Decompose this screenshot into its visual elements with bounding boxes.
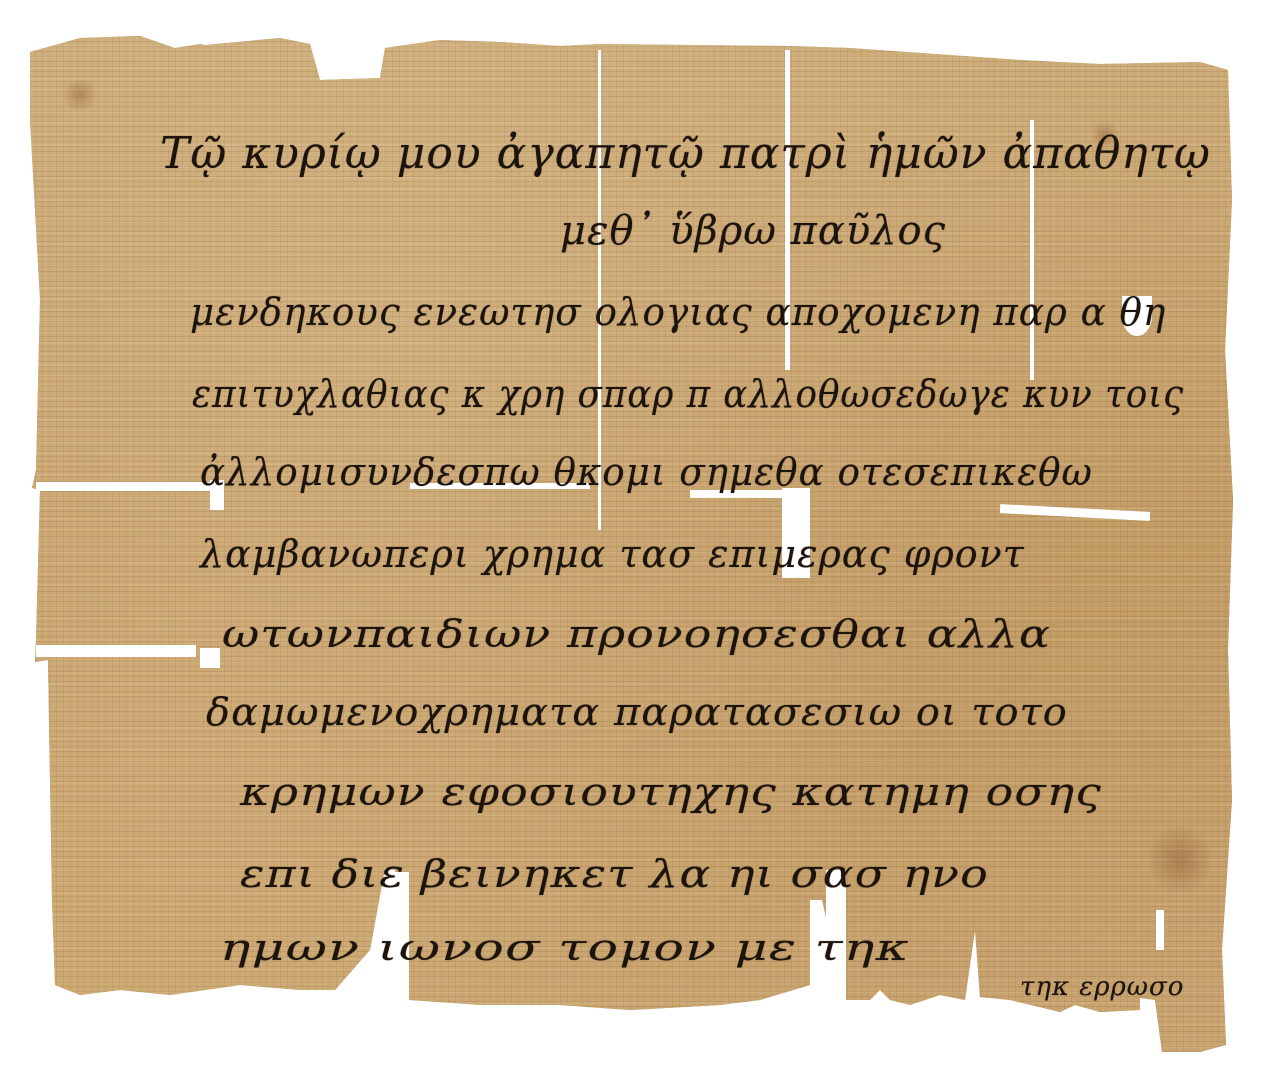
manuscript-line-9: κρημων εφοσιουτηχης κατημη οσης [240,770,1102,814]
stain [1150,820,1210,900]
manuscript-line-1: Τῷ κυρίῳ μου ἀγαπητῷ πατρὶ ἡμῶν ἀπαθητῳ [160,128,1211,179]
lacuna [36,645,196,657]
manuscript-line-2: μεθ᾽ ὕβρω παῦλος [560,208,946,254]
manuscript-line-3: μενδηκους ενεωτησ ολογιας αποχομενη παρ … [190,290,1166,334]
manuscript-line-5: ἀλλομισυνδεσπω θκομι σημεθα οτεσεπικεθω [200,450,1093,494]
lacuna [200,648,220,668]
stain [60,80,100,110]
manuscript-line-12: τηκ ερρωσο [1020,972,1184,1002]
manuscript-line-7: ωτωνπαιδιων προνοησεσθαι αλλα [222,612,1051,656]
manuscript-line-4: επιτυχλαθιας κ χρη σπαρ π αλλοθωσεδωγε κ… [192,372,1184,416]
manuscript-line-8: δαμωμενοχρηματα παρατασεσιω οι τοτο [206,690,1068,734]
manuscript-line-10: επι διε βεινηκετ λα ηι σασ ηνο [240,852,989,896]
photo-scene: Τῷ κυρίῳ μου ἀγαπητῷ πατρὶ ἡμῶν ἀπαθητῳ … [0,0,1271,1092]
manuscript-line-11: ημων ιωνοσ τομον με τηκ [220,928,910,969]
lacuna [1156,910,1164,950]
manuscript-line-6: λαμβανωπερι χρημα τασ επιμερας φροντ [200,532,1025,576]
lacuna [36,482,216,491]
